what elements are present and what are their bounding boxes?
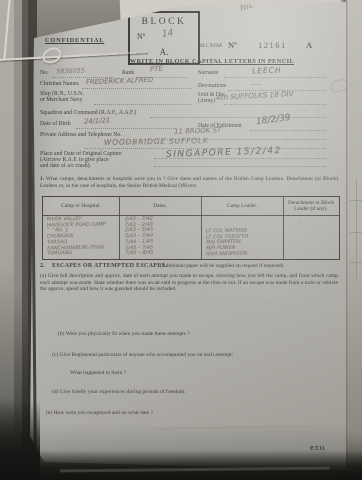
address-value2-handwritten: WOODBRIDGE SUFFOLK [104,136,209,147]
leader-entry: RSM ANDERSON [206,251,248,257]
mi9-stamp-no-label: Nº [228,40,237,50]
section-2e-text: How were you recaptured and on what date… [53,410,153,416]
rank-value-handwritten: PTE [150,65,163,74]
section-2e: (e) How were you recaptured and on what … [46,410,326,417]
no-value-handwritten: 5836055 [56,66,85,75]
dark-bottom-edge [0,450,362,480]
rank-label: Rank [122,70,134,76]
block-no-handwritten: 14 [161,28,174,39]
section-2-number: 2. [40,263,45,269]
decorations-label: Decorations [198,83,226,89]
camps-column-handwritten: RIVER VALLEYHAVELOCK ROAD CAMP“ ” No. 1C… [47,216,107,257]
address-value1-handwritten: 11 BROOK ST [174,126,222,136]
dob-value-handwritten: 24/1/21 [84,116,111,125]
table-header-camp: Camp or Hospital. [43,197,119,215]
capture-field-line2 [154,165,326,167]
table-header-detachment: Detachment or Block Leader (if any). [283,197,339,215]
section-2-note: (Additional paper will be supplied on re… [160,263,285,269]
dates-column-handwritten: 2/42 – 7/427/42 – 2/432/43 – 5/435/43 – … [125,217,154,257]
surname-field-line [224,76,326,78]
squadron-label: Squadron and Command (R.A.F., A.A.F.) [40,110,136,116]
decorations-value-handwritten: —— [250,81,262,88]
instruction-text: WRITE IN BLOCK CAPITAL LETTERS IN PENCIL [130,58,294,65]
squadron-field-line [150,116,326,118]
question-1-number: 1. [40,176,44,182]
christian-field-line [82,87,192,89]
section-2c-text: Give Regimental particulars of anyone wh… [59,352,233,358]
no-label: No. [40,70,49,76]
detachment-column-mark: — [297,221,302,227]
section-2a: (a) Give full description and approx. da… [40,273,338,293]
leaders-column-handwritten: LT COL WATKINSLT COL FORSYTHMAJ SWINTONM… [206,229,249,258]
ship-field-line [94,103,192,105]
section-2c: (c) Give Regimental particulars of anyon… [52,352,332,359]
surname-value-handwritten: LEECH [252,65,282,75]
section-2d-text: Give briefly your experiences during per… [60,389,186,395]
block-no-label: Nº [137,32,145,41]
mi9-stamp-number: 12161 [258,40,287,50]
question-1: 1. What camps, detachments or hospitals … [40,176,338,189]
dob-label: Date of Birth [40,121,71,127]
underpage-rule [356,180,357,280]
section-2b-text: Were you physically fit when you made th… [66,331,190,337]
section-2c2-text: What happened to them ? [70,370,126,376]
dates-entry: 7/45 – 8/45 [125,251,153,257]
christian-value-handwritten: FREDERICK ALFRED [86,76,153,86]
confidential-stamp: CONFIDENTIAL [45,37,104,44]
unit-label-line2: (Army) [198,98,215,104]
christian-names-label: Christian Names [40,81,79,87]
section-2b: (b) Were you physically fit when you mad… [58,331,328,338]
section-2b-label: (b) [58,331,64,337]
questionnaire-page: CONFIDENTIAL BLOCK Nº 14 A. NIL M.I. 9/J… [24,0,346,480]
camps-table: Camp or Hospital. Dates. Camp Leader. De… [42,196,340,260]
section-2e-label: (e) [46,410,52,416]
mi9-stamp-prefix: M.I. 9/JAP. [200,44,223,49]
block-stamp-word: BLOCK [130,17,198,27]
enlistment-field-line [250,129,326,131]
surname-label: Surname [198,70,219,76]
section-2a-label: (a) [40,273,46,279]
ship-label-line2: or Merchant Navy [40,97,83,103]
unit-field-line [224,103,326,105]
table-header-dates: Dates. [119,197,201,215]
question-1-text: What camps, detachments or hospitals wer… [40,176,338,189]
faint-pencil-scrawl [154,425,312,430]
section-2-title: ESCAPES OR ATTEMPTED ESCAPES. [52,263,167,269]
underlying-page-right-edge [346,0,362,480]
section-2d-label: (d) [52,389,58,395]
table-header-leader: Camp Leader. [201,197,283,215]
photographed-document: CONFIDENTIAL BLOCK Nº 14 A. NIL M.I. 9/J… [0,0,362,480]
camp-entry: TAMUANG [47,251,106,258]
section-2d: (d) Give briefly your experiences during… [52,389,332,396]
instruction-heading: WRITE IN BLOCK CAPITAL LETTERS IN PENCIL [90,58,334,65]
dob-field-line [76,127,176,129]
section-2c-label: (c) [52,352,58,358]
mi9-stamp-letter: A [306,40,312,50]
block-stamp-box: BLOCK Nº 14 A. [128,11,200,65]
section-2a-text: Give full description and approx. date o… [40,273,338,292]
capture-label-line3: and date of a/c crash). [40,163,91,169]
